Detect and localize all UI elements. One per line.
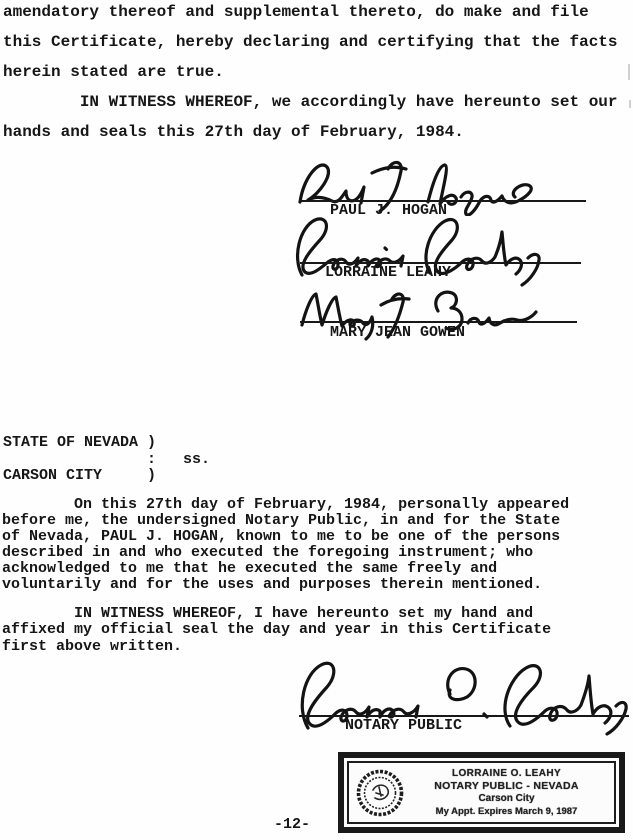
scan-artifact	[628, 64, 630, 80]
document-page: amendatory thereof and supplemental ther…	[0, 0, 633, 840]
notary-stamp-text: LORRAINE O. LEAHY NOTARY PUBLIC - NEVADA…	[405, 767, 614, 818]
opening-paragraph: amendatory thereof and supplemental ther…	[3, 0, 618, 147]
notary-seal-icon	[355, 768, 405, 818]
notary-title-label: NOTARY PUBLIC	[345, 718, 462, 733]
stamp-notary-title: NOTARY PUBLIC - NEVADA	[405, 780, 608, 793]
closing-paragraph: IN WITNESS WHEREOF, I have hereunto set …	[2, 606, 551, 655]
signature-line-3	[300, 321, 577, 323]
typed-name-lorraine-leahy: LORRAINE LEAHY	[325, 265, 451, 280]
venue-block: STATE OF NEVADA ) : ss. CARSON CITY )	[3, 435, 210, 485]
notary-stamp: LORRAINE O. LEAHY NOTARY PUBLIC - NEVADA…	[338, 752, 625, 833]
stamp-notary-city: Carson City	[405, 793, 608, 805]
stamp-notary-expiry: My Appt. Expires March 9, 1987	[405, 805, 608, 818]
notary-stamp-inner-border: LORRAINE O. LEAHY NOTARY PUBLIC - NEVADA…	[347, 761, 616, 824]
stamp-notary-name: LORRAINE O. LEAHY	[405, 767, 608, 780]
scan-artifact	[629, 100, 631, 108]
typed-name-mary-jean-gowen: MARY JEAN GOWEN	[330, 325, 465, 340]
page-number: -12-	[274, 816, 310, 833]
acknowledgment-paragraph: On this 27th day of February, 1984, pers…	[2, 497, 569, 593]
